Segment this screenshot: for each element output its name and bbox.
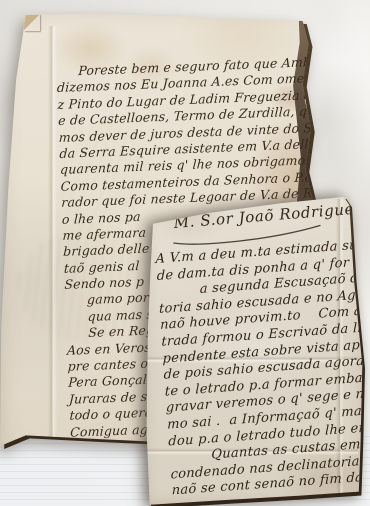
vertical-fold-crease	[48, 26, 57, 442]
photo-of-manuscripts: Poreste bem e seguro fato que Ambos Asin…	[0, 0, 370, 506]
folded-corner	[24, 14, 40, 31]
manuscript-small-paper: M. S.or Joaõ Rodriguez A V.m a deu m.ta …	[143, 186, 365, 506]
manuscript-small: M. S.or Joaõ Rodriguez A V.m a deu m.ta …	[143, 186, 365, 506]
manuscript-small-text-block: A V.m a deu m.ta estimada sua leude dam.…	[155, 237, 370, 500]
